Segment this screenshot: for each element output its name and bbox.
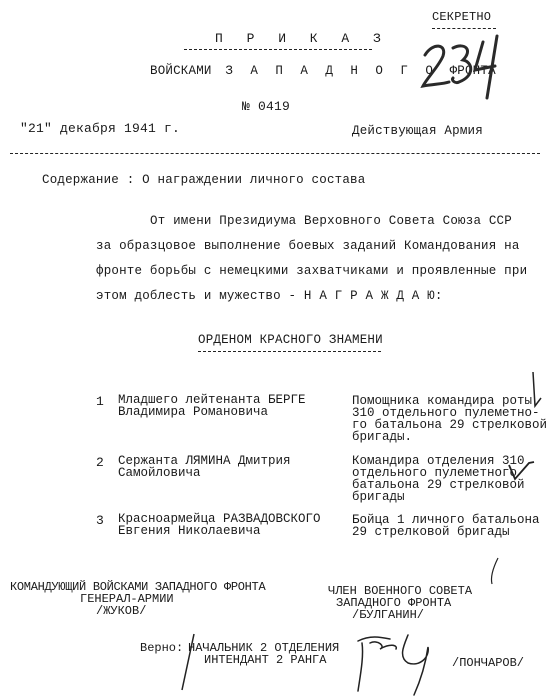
order-location: Действующая Армия <box>352 124 483 138</box>
slash-mark <box>178 632 198 692</box>
content-summary: Содержание : О награждении личного соста… <box>42 173 365 187</box>
award-heading-underline <box>198 351 381 352</box>
council-member-name: /БУЛГАНИН/ <box>352 608 424 622</box>
awardee-position: Помощника командира роты 310 отдельного … <box>352 395 547 443</box>
checkmark-icon <box>505 455 535 485</box>
awardee-name: Сержанта ЛЯМИНА Дмитрия Самойловича <box>118 455 291 479</box>
handwritten-signature <box>350 627 450 697</box>
document-title: П Р И К А З <box>215 31 389 46</box>
commander-name: /ЖУКОВ/ <box>96 604 146 618</box>
awardee-number: 1 <box>96 394 104 409</box>
handwritten-mark <box>468 556 508 586</box>
award-heading: ОРДЕНОМ КРАСНОГО ЗНАМЕНИ <box>198 333 383 347</box>
certified-rank: ИНТЕНДАНТ 2 РАНГА <box>204 653 326 667</box>
checkmark-icon <box>527 370 547 410</box>
awardee-number: 3 <box>96 513 104 528</box>
awardee-number: 2 <box>96 455 104 470</box>
classification-underline <box>432 28 496 29</box>
classification-stamp: СЕКРЕТНО <box>432 10 491 24</box>
awardee-name: Младшего лейтенанта БЕРГЕ Владимира Рома… <box>118 394 306 418</box>
body-line-3: фронте борьбы с немецкими захватчиками и… <box>96 264 527 278</box>
certified-name: /ПОНЧАРОВ/ <box>452 656 524 670</box>
awardee-position: Командира отделения 310 отдельного пулем… <box>352 455 525 503</box>
order-date: "21" декабря 1941 г. <box>20 121 180 136</box>
issuer-front: З А П А Д Н О Г О <box>225 64 438 78</box>
header-separator <box>10 153 540 154</box>
body-line-1: От имени Президиума Верховного Совета Со… <box>150 214 512 228</box>
handwritten-registration-number <box>415 30 510 100</box>
body-line-4: этом доблесть и мужество - Н А Г Р А Ж Д… <box>96 289 443 303</box>
issuer-prefix: ВОЙСКАМИ <box>150 64 212 78</box>
order-number: № 0419 <box>242 99 290 114</box>
title-underline <box>184 49 372 50</box>
awardee-position: Бойца 1 личного батальона 29 стрелковой … <box>352 514 540 538</box>
body-line-2: за образцовое выполнение боевых заданий … <box>96 239 520 253</box>
certified-label: Верно: <box>140 641 183 655</box>
awardee-name: Красноармейца РАЗВАДОВСКОГО Евгения Нико… <box>118 513 321 537</box>
